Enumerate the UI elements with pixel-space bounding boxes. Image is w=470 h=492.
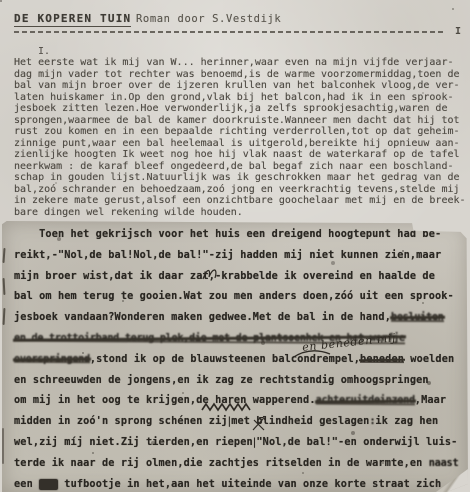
text-line: zienlijke hoogten Ik weet nog hoe hij vl… (14, 149, 466, 161)
typed-text: rust zou komen en in een bepaalde richti… (14, 126, 460, 137)
typed-text: en schreeuwden de jongens,en ik zag ze r… (14, 375, 429, 386)
smudge-text: naast (429, 458, 459, 469)
text-line: in zekere mate gerust,alsof een onzichtb… (14, 195, 466, 207)
photo-paragraph: Toen het gekrijsch voor het huis een dre… (14, 225, 462, 492)
strike-text: achteruitdeinzend (316, 395, 415, 406)
document-subtitle: Roman door S.Vestdijk (136, 13, 281, 25)
pen-margin-mark (2, 428, 4, 464)
typed-text: Het eerste wat ik mij van W... herinner,… (14, 57, 454, 68)
typed-text: in zekere mate gerust,alsof een onzichtb… (14, 195, 466, 206)
typed-text: terde ik naar de rij olmen,die zachtjes … (14, 458, 429, 469)
typed-text: wel,zij míj niet.Zij tierden,en riepen (14, 437, 253, 448)
typed-text: tufbootje in het,aan het uiteinde van on… (58, 479, 441, 490)
pen-scratch-scribble (200, 401, 254, 412)
typed-text: bal om hem terug te gooien.Wat zou men a… (14, 291, 454, 302)
text-line: overspringend,stond ik op de blauwsteene… (14, 350, 462, 371)
text-line: dag mijn vader tot rechter was benoemd,i… (14, 69, 466, 81)
text-line: jesboek zitten lezen.Hoe verwonderlijk,j… (14, 103, 466, 115)
typed-text: om mij in het oog te krijgen,de haren wa… (14, 395, 316, 406)
typed-text: mijn broer wist,dat ik daar zat,-krabbel… (14, 271, 435, 282)
text-line: bal om hem terug te gooien.Wat zou men a… (14, 287, 462, 308)
typed-text: laten huiskamer in.Op den grond,vlak bij… (14, 92, 454, 103)
text-line: een tufbootje in het,aan het uiteinde va… (14, 475, 462, 492)
typed-text: dag mijn vader tot rechter was benoemd,i… (14, 69, 460, 80)
typed-text: ik zag hen (375, 416, 438, 427)
typed-text: midden in zoó'n sprong schénen zij (14, 416, 228, 427)
text-line: Het eerste wat ik mij van W... herinner,… (14, 57, 466, 69)
text-line: mijn broer wist,dat ik daar zat,-krabbel… (14, 267, 462, 288)
typed-text: zienlijke hoogten Ik weet nog hoe hij vl… (14, 149, 460, 160)
text-line: midden in zoó'n sprong schénen zij|met b… (14, 412, 462, 433)
strike-text: beneden (360, 354, 404, 365)
text-line: reikt,-"Nol,de bal!Nol,de bal!"-zij hadd… (14, 246, 462, 267)
text-line: sprongen,waarmee de bal de kamer doorkru… (14, 115, 466, 127)
typed-text: woelden (404, 354, 454, 365)
text-line: bal van mijn broer over de ijzeren krull… (14, 80, 466, 92)
typed-text: Toen het gekrijsch voor het huis een dre… (14, 229, 441, 240)
typed-text: ,Maar (415, 395, 446, 406)
typed-text: "Nol,de bal!"-en onderwijl luis- (256, 437, 457, 448)
pen-correction-loops (200, 266, 224, 281)
text-line: wel,zij míj niet.Zij tierden,en riepen|"… (14, 433, 462, 454)
pasted-typescript-photo: Toen het gekrijsch voor het huis een dre… (2, 221, 468, 492)
paper-specks (0, 0, 2, 2)
manuscript-page: DE KOPEREN TUIN Roman door S.Vestdijk I … (0, 0, 470, 492)
text-line: bare dingen wel rekening wilde houden. (14, 207, 466, 219)
document-title: DE KOPEREN TUIN (14, 12, 131, 27)
typed-text: schap in gouden lijst.Natuurlijk was ik … (14, 172, 460, 183)
text-line: laten huiskamer in.Op den grond,vlak bij… (14, 92, 466, 104)
typed-text: reikt,-"Nol,de bal!Nol,de bal!"-zij hadd… (14, 250, 441, 261)
text-line: Toen het gekrijsch voor het huis een dre… (14, 225, 462, 246)
typed-text: bare dingen wel rekening wilde houden. (14, 207, 243, 218)
text-line: schap in gouden lijst.Natuurlijk was ik … (14, 172, 466, 184)
typed-text: bal van mijn broer over de ijzeren krull… (14, 80, 460, 91)
pen-mark-scribble (250, 417, 268, 432)
typescript-paragraph: Het eerste wat ik mij van W... herinner,… (14, 57, 466, 218)
black-text (39, 479, 58, 490)
strike-text: overspringend (14, 354, 90, 365)
text-line: en schreeuwden de jongens,en ik zag ze r… (14, 371, 462, 392)
smudge-text: : (369, 416, 375, 427)
typed-text: jesboek vandaan?Wonderen maken gedwee.Me… (14, 312, 391, 323)
text-line: terde ik naar de rij olmen,die zachtjes … (14, 454, 462, 475)
text-line: zinnige punt,waar een bal heelemaal is u… (14, 138, 466, 150)
typed-text: bal,zoó schrander en behoedzaam,zoó jong… (14, 184, 460, 195)
typed-dashed-rule (14, 31, 446, 33)
page-number: I (455, 26, 461, 37)
chapter-heading: I. (38, 46, 50, 57)
typed-text: zinnige punt,waar een bal heelemaal is u… (14, 138, 460, 149)
typed-text: sprongen,waarmee de bal de kamer doorkru… (14, 115, 460, 126)
strike-text: besluiten (391, 312, 444, 323)
text-line: jesboek vandaan?Wonderen maken gedwee.Me… (14, 308, 462, 329)
pen-caret-curve (290, 348, 332, 360)
text-line: neerkwam : de karaf bleef ongedeerd,de b… (14, 161, 466, 173)
typed-text: een (14, 479, 39, 490)
text-line: bal,zoó schrander en behoedzaam,zoó jong… (14, 184, 466, 196)
typed-text: neerkwam : de karaf bleef ongedeerd,de b… (14, 161, 454, 172)
text-line: rust zou komen en in een bepaalde richti… (14, 126, 466, 138)
typed-text: jesboek zitten lezen.Hoe verwonderlijk,j… (14, 103, 447, 114)
